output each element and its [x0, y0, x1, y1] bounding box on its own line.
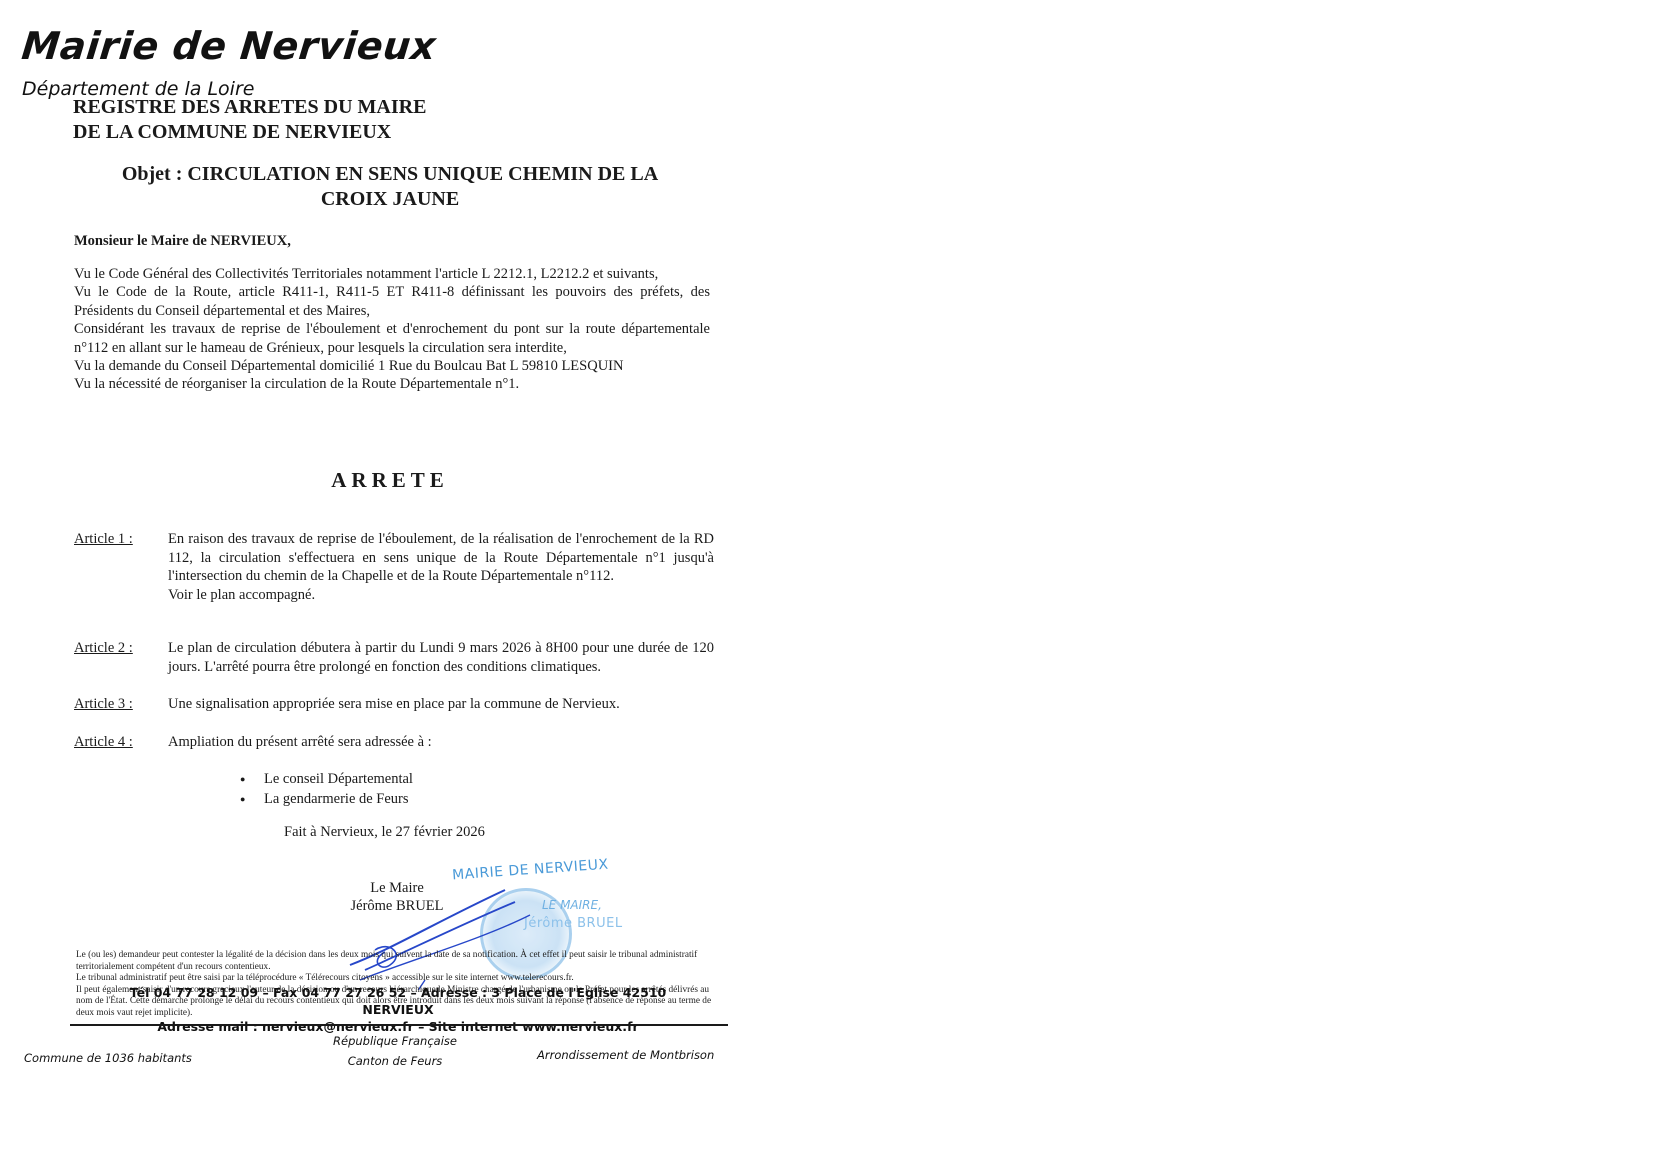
consideration-item: Considérant les travaux de reprise de l'…: [74, 320, 710, 357]
decree-subject: Objet : CIRCULATION EN SENS UNIQUE CHEMI…: [70, 162, 710, 212]
consideration-item: Vu le Code Général des Collectivités Ter…: [74, 265, 710, 283]
place-and-date: Fait à Nervieux, le 27 février 2026: [284, 824, 485, 841]
article-1: Article 1 : En raison des travaux de rep…: [74, 530, 714, 604]
consideration-item: Vu la nécessité de réorganiser la circul…: [74, 375, 710, 393]
article-3: Article 3 : Une signalisation appropriée…: [74, 695, 714, 714]
subject-line-1: Objet : CIRCULATION EN SENS UNIQUE CHEMI…: [70, 162, 710, 187]
recipient-list: Le conseil Départemental La gendarmerie …: [240, 769, 413, 809]
article-label: Article 3 :: [74, 695, 133, 714]
footer-population: Commune de 1036 habitants: [24, 1051, 192, 1065]
footer-divider: [70, 1024, 728, 1026]
contact-phone-address: Tél 04 77 28 12 09 – Fax 04 77 27 26 52 …: [118, 984, 678, 1018]
article-text: Une signalisation appropriée sera mise e…: [168, 695, 714, 714]
article-label: Article 4 :: [74, 733, 133, 752]
register-line-1: REGISTRE DES ARRETES DU MAIRE: [73, 95, 426, 120]
salutation: Monsieur le Maire de NERVIEUX,: [74, 233, 291, 250]
subject-line-2: CROIX JAUNE: [70, 187, 710, 212]
footer-republic-line: République Française: [300, 1031, 490, 1051]
article-text: Le plan de circulation débutera à partir…: [168, 639, 714, 676]
article-text: En raison des travaux de reprise de l'éb…: [168, 530, 714, 586]
footer-republic: République Française Canton de Feurs: [300, 1031, 490, 1071]
register-title: REGISTRE DES ARRETES DU MAIRE DE LA COMM…: [73, 95, 426, 145]
consideration-item: Vu le Code de la Route, article R411-1, …: [74, 283, 710, 320]
article-label: Article 2 :: [74, 639, 133, 658]
article-label: Article 1 :: [74, 530, 133, 549]
decree-heading: ARRETE: [70, 468, 710, 493]
article-text: Voir le plan accompagné.: [168, 586, 714, 605]
recipient-item: La gendarmerie de Feurs: [240, 789, 413, 809]
legal-notice-paragraph: Le (ou les) demandeur peut contester la …: [76, 950, 726, 973]
recipient-item: Le conseil Départemental: [240, 769, 413, 789]
consideration-item: Vu la demande du Conseil Départemental d…: [74, 357, 710, 375]
footer-arrondissement: Arrondissement de Montbrison: [537, 1048, 714, 1062]
article-4: Article 4 : Ampliation du présent arrêté…: [74, 733, 714, 752]
footer-canton-line: Canton de Feurs: [300, 1051, 490, 1071]
register-line-2: DE LA COMMUNE DE NERVIEUX: [73, 120, 426, 145]
considerations: Vu le Code Général des Collectivités Ter…: [74, 265, 710, 394]
municipality-brand: Mairie de Nervieux: [20, 24, 439, 68]
article-2: Article 2 : Le plan de circulation début…: [74, 639, 714, 676]
decree-page: Mairie de Nervieux Département de la Loi…: [0, 0, 760, 1169]
article-text: Ampliation du présent arrêté sera adress…: [168, 733, 714, 752]
contact-info: Tél 04 77 28 12 09 – Fax 04 77 27 26 52 …: [118, 984, 678, 1035]
